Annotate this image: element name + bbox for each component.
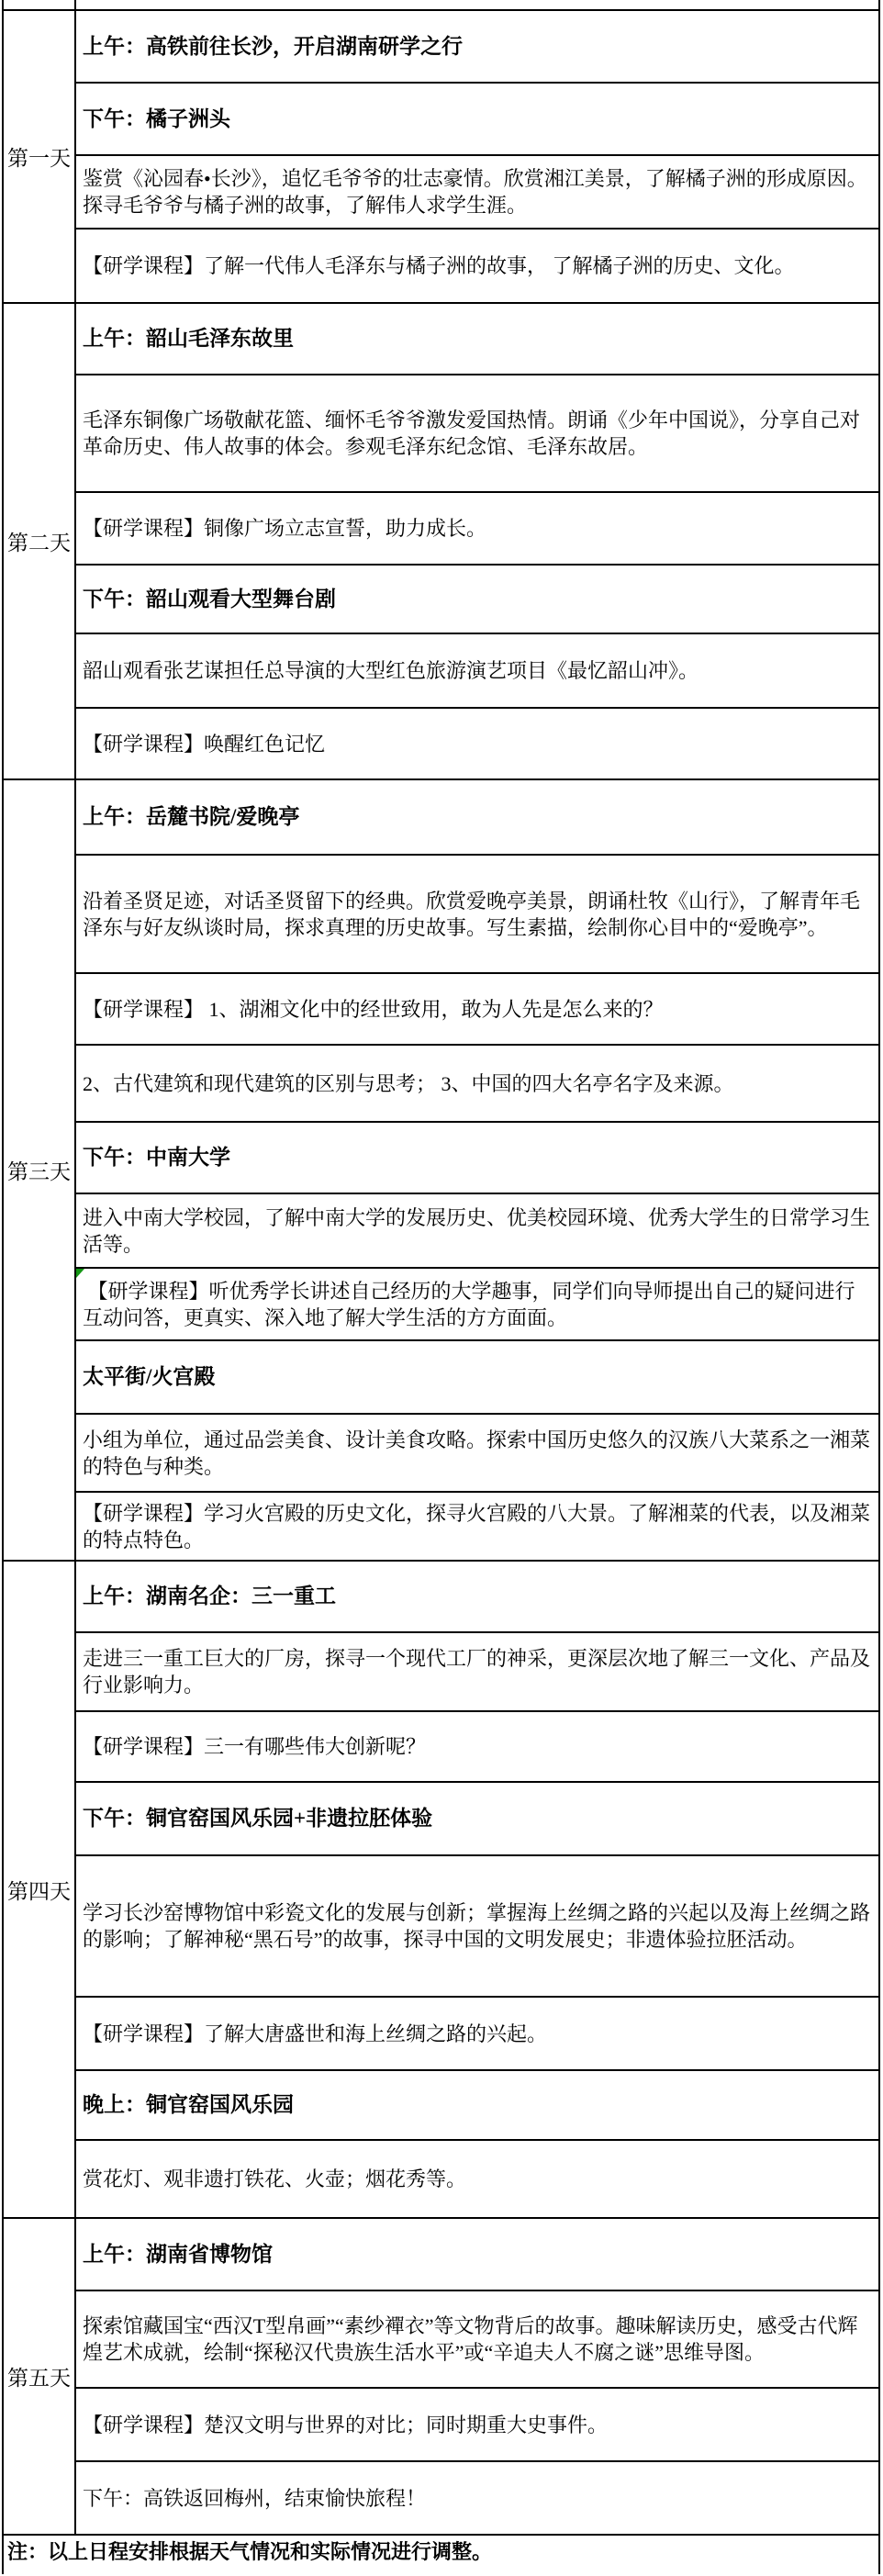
activity-title-cell: 下午：铜官窑国风乐园+非遗拉胚体验 (75, 1782, 879, 1855)
activity-desc-cell: 【研学课程】铜像广场立志宣誓，助力成长。 (75, 492, 879, 565)
activity-title-cell: 下午：中南大学 (75, 1122, 879, 1193)
activity-title-cell: 上午：韶山毛泽东故里 (75, 303, 879, 375)
activity-desc-cell: 走进三一重工巨大的厂房，探寻一个现代工厂的神采，更深层次地了解三一文化、产品及行… (75, 1632, 879, 1711)
activity-title-cell: 上午：湖南名企：三一重工 (75, 1561, 879, 1632)
day-label: 第四天 (3, 1561, 75, 2218)
activity-desc-cell: 【研学课程】了解一代伟人毛泽东与橘子洲的故事， 了解橘子洲的历史、文化。 (75, 229, 879, 303)
itinerary-row: 走进三一重工巨大的厂房，探寻一个现代工厂的神采，更深层次地了解三一文化、产品及行… (3, 1632, 879, 1711)
itinerary-row: 探索馆藏国宝“西汉T型帛画”“素纱襌衣”等文物背后的故事。趣味解读历史，感受古代… (3, 2290, 879, 2388)
itinerary-row: 下午：橘子洲头 (3, 83, 879, 155)
itinerary-row: 毛泽东铜像广场敬献花篮、缅怀毛爷爷激发爱国热情。朗诵《少年中国说》，分享自己对革… (3, 375, 879, 492)
activity-title-cell: 上午：高铁前往长沙，开启湖南研学之行 (75, 10, 879, 83)
activity-desc-cell: 沿着圣贤足迹，对话圣贤留下的经典。欣赏爱晚亭美景，朗诵杜牧《山行》，了解青年毛泽… (75, 855, 879, 973)
footer-note: 注：以上日程安排根据天气情况和实际情况进行调整。 (3, 2535, 879, 2574)
activity-desc-cell: 下午：高铁返回梅州，结束愉快旅程！ (75, 2461, 879, 2535)
activity-desc-cell: 【研学课程】唤醒红色记忆 (75, 708, 879, 779)
activity-title-cell: 上午：湖南省博物馆 (75, 2218, 879, 2290)
itinerary-row: 2、古代建筑和现代建筑的区别与思考； 3、中国的四大名亭名字及来源。 (3, 1045, 879, 1122)
itinerary-row: 韶山观看张艺谋担任总导演的大型红色旅游演艺项目《最忆韶山冲》。 (3, 633, 879, 708)
itinerary-row: 下午：铜官窑国风乐园+非遗拉胚体验 (3, 1782, 879, 1855)
itinerary-body: 第一天上午：高铁前往长沙，开启湖南研学之行下午：橘子洲头鉴赏《沁园春•长沙》，追… (3, 0, 879, 2574)
activity-title-cell: 上午：岳麓书院/爱晚亭 (75, 779, 879, 855)
itinerary-row: 第三天上午：岳麓书院/爱晚亭 (3, 779, 879, 855)
itinerary-row: 第五天上午：湖南省博物馆 (3, 2218, 879, 2290)
itinerary-row: 小组为单位，通过品尝美食、设计美食攻略。探索中国历史悠久的汉族八大菜系之一湘菜的… (3, 1414, 879, 1492)
itinerary-row: 下午：韶山观看大型舞台剧 (3, 565, 879, 633)
itinerary-row: 【研学课程】听优秀学长讲述自己经历的大学趣事，同学们向导师提出自己的疑问进行互动… (3, 1268, 879, 1340)
itinerary-row: 下午：高铁返回梅州，结束愉快旅程！ (3, 2461, 879, 2535)
itinerary-row: 【研学课程】三一有哪些伟大创新呢？ (3, 1711, 879, 1782)
itinerary-row: 【研学课程】铜像广场立志宣誓，助力成长。 (3, 492, 879, 565)
activity-desc-cell: 【研学课程】 1、湖湘文化中的经世致用，敢为人先是怎么来的？ (75, 973, 879, 1045)
activity-desc-cell: 【研学课程】楚汉文明与世界的对比；同时期重大史事件。 (75, 2388, 879, 2461)
itinerary-row: 第一天上午：高铁前往长沙，开启湖南研学之行 (3, 10, 879, 83)
activity-title-cell: 下午：橘子洲头 (75, 83, 879, 155)
itinerary-row: 【研学课程】学习火宫殿的历史文化，探寻火宫殿的八大景。了解湘菜的代表，以及湘菜的… (3, 1492, 879, 1561)
activity-desc-cell: 【研学课程】三一有哪些伟大创新呢？ (75, 1711, 879, 1782)
itinerary-row: 【研学课程】了解大唐盛世和海上丝绸之路的兴起。 (3, 1997, 879, 2070)
day-label: 第三天 (3, 779, 75, 1561)
cropped-day-cell (3, 0, 75, 10)
activity-desc-cell: 毛泽东铜像广场敬献花篮、缅怀毛爷爷激发爱国热情。朗诵《少年中国说》，分享自己对革… (75, 375, 879, 492)
activity-desc-cell: 赏花灯、观非遗打铁花、火壶；烟花秀等。 (75, 2140, 879, 2218)
activity-title-cell: 太平街/火宫殿 (75, 1340, 879, 1414)
activity-desc-cell: 2、古代建筑和现代建筑的区别与思考； 3、中国的四大名亭名字及来源。 (75, 1045, 879, 1122)
activity-desc-cell: 小组为单位，通过品尝美食、设计美食攻略。探索中国历史悠久的汉族八大菜系之一湘菜的… (75, 1414, 879, 1492)
itinerary-row: 【研学课程】楚汉文明与世界的对比；同时期重大史事件。 (3, 2388, 879, 2461)
itinerary-row: 晚上：铜官窑国风乐园 (3, 2070, 879, 2140)
activity-desc-cell: 探索馆藏国宝“西汉T型帛画”“素纱襌衣”等文物背后的故事。趣味解读历史，感受古代… (75, 2290, 879, 2388)
day-label: 第二天 (3, 303, 75, 779)
day-label: 第五天 (3, 2218, 75, 2535)
activity-desc-cell: 进入中南大学校园，了解中南大学的发展历史、优美校园环境、优秀大学生的日常学习生活… (75, 1193, 879, 1268)
activity-title-cell: 下午：韶山观看大型舞台剧 (75, 565, 879, 633)
activity-title-cell: 晚上：铜官窑国风乐园 (75, 2070, 879, 2140)
itinerary-row: 第二天上午：韶山毛泽东故里 (3, 303, 879, 375)
itinerary-table: 第一天上午：高铁前往长沙，开启湖南研学之行下午：橘子洲头鉴赏《沁园春•长沙》，追… (2, 0, 880, 2574)
activity-desc-cell: 韶山观看张艺谋担任总导演的大型红色旅游演艺项目《最忆韶山冲》。 (75, 633, 879, 708)
cropped-content-cell (75, 0, 879, 10)
footer-note-row: 注：以上日程安排根据天气情况和实际情况进行调整。 (3, 2535, 879, 2574)
itinerary-row: 沿着圣贤足迹，对话圣贤留下的经典。欣赏爱晚亭美景，朗诵杜牧《山行》，了解青年毛泽… (3, 855, 879, 973)
activity-desc-cell: 【研学课程】了解大唐盛世和海上丝绸之路的兴起。 (75, 1997, 879, 2070)
activity-desc-cell: 鉴赏《沁园春•长沙》，追忆毛爷爷的壮志豪情。欣赏湘江美景，了解橘子洲的形成原因。… (75, 155, 879, 229)
itinerary-row: 太平街/火宫殿 (3, 1340, 879, 1414)
activity-desc-cell-with-comment-marker-icon: 【研学课程】听优秀学长讲述自己经历的大学趣事，同学们向导师提出自己的疑问进行互动… (75, 1268, 879, 1340)
itinerary-row: 赏花灯、观非遗打铁花、火壶；烟花秀等。 (3, 2140, 879, 2218)
itinerary-row: 【研学课程】唤醒红色记忆 (3, 708, 879, 779)
cropped-previous-row (3, 0, 879, 10)
itinerary-row: 学习长沙窑博物馆中彩瓷文化的发展与创新；掌握海上丝绸之路的兴起以及海上丝绸之路的… (3, 1855, 879, 1997)
itinerary-row: 进入中南大学校园，了解中南大学的发展历史、优美校园环境、优秀大学生的日常学习生活… (3, 1193, 879, 1268)
itinerary-row: 【研学课程】了解一代伟人毛泽东与橘子洲的故事， 了解橘子洲的历史、文化。 (3, 229, 879, 303)
itinerary-row: 鉴赏《沁园春•长沙》，追忆毛爷爷的壮志豪情。欣赏湘江美景，了解橘子洲的形成原因。… (3, 155, 879, 229)
itinerary-row: 第四天上午：湖南名企：三一重工 (3, 1561, 879, 1632)
activity-desc-cell: 【研学课程】学习火宫殿的历史文化，探寻火宫殿的八大景。了解湘菜的代表，以及湘菜的… (75, 1492, 879, 1561)
itinerary-row: 【研学课程】 1、湖湘文化中的经世致用，敢为人先是怎么来的？ (3, 973, 879, 1045)
itinerary-row: 下午：中南大学 (3, 1122, 879, 1193)
day-label: 第一天 (3, 10, 75, 303)
activity-desc-cell: 学习长沙窑博物馆中彩瓷文化的发展与创新；掌握海上丝绸之路的兴起以及海上丝绸之路的… (75, 1855, 879, 1997)
